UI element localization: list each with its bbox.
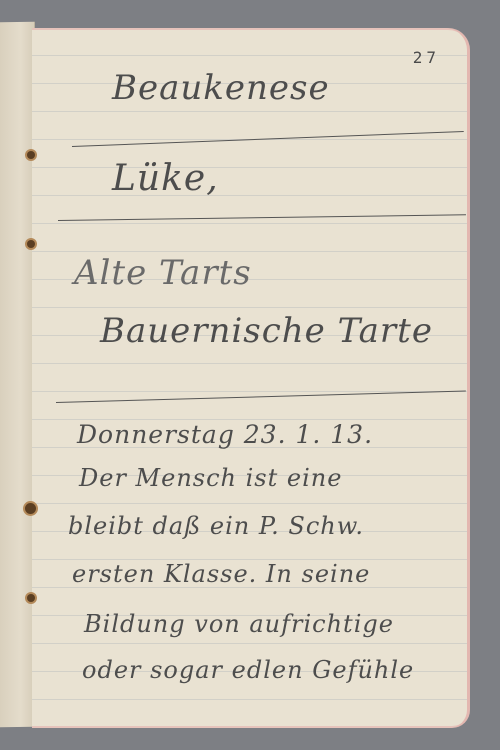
binding-hole-3 xyxy=(25,503,36,514)
entry-line-4: Bildung von aufrichtige xyxy=(84,610,394,638)
binding-hole-1 xyxy=(27,151,35,159)
heading-3-line-1: Alte Tarts xyxy=(74,253,252,293)
heading-3-line-2: Bauernische Tarte xyxy=(100,311,433,351)
entry-line-3: ersten Klasse. In seine xyxy=(72,560,370,588)
entry-line-2: bleibt daß ein P. Schw. xyxy=(68,512,364,540)
notebook-page: 27 Beaukenese Lüke, Alte Tarts Bauernisc… xyxy=(32,28,470,728)
entry-date: Donnerstag 23. 1. 13. xyxy=(77,420,373,449)
divider-line-2 xyxy=(58,214,466,221)
heading-1: Beaukenese xyxy=(112,68,330,108)
binding-hole-4 xyxy=(27,594,35,602)
facing-page-edge xyxy=(0,22,35,728)
divider-line-3 xyxy=(56,391,466,403)
entry-line-1: Der Mensch ist eine xyxy=(79,464,342,492)
binding-hole-2 xyxy=(27,240,35,248)
divider-line-1 xyxy=(72,131,464,147)
entry-line-5: oder sogar edlen Gefühle xyxy=(82,656,414,684)
heading-2: Lüke, xyxy=(112,158,219,199)
page-number: 27 xyxy=(413,48,440,67)
